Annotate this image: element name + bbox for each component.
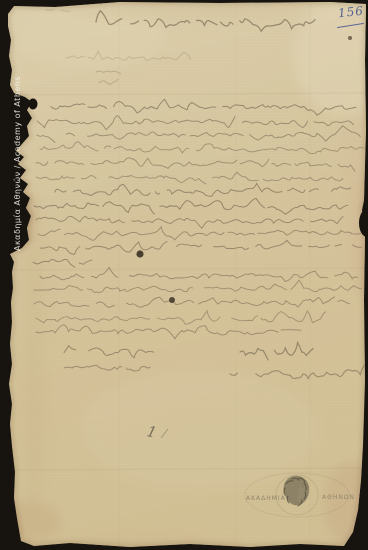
stamp-text-right: ΑΘΗΝΩΝ bbox=[322, 494, 355, 501]
paper-edge-shading bbox=[8, 2, 366, 547]
scanned-manuscript-page: ΑΚΑΔΗΜΙΑ ΑΘΗΝΩΝ Ακαδημία Αθηνών / Academ… bbox=[0, 0, 368, 550]
paper-surface-details: ΑΚΑΔΗΜΙΑ ΑΘΗΝΩΝ bbox=[0, 0, 368, 550]
folio-number: 156 bbox=[337, 4, 364, 21]
archive-watermark: Ακαδημία Αθηνών / Academy of Athens bbox=[13, 76, 22, 251]
manuscript-artwork: ΑΚΑΔΗΜΙΑ ΑΘΗΝΩΝ bbox=[0, 0, 368, 550]
stamp-text-left: ΑΚΑΔΗΜΙΑ bbox=[246, 495, 286, 502]
